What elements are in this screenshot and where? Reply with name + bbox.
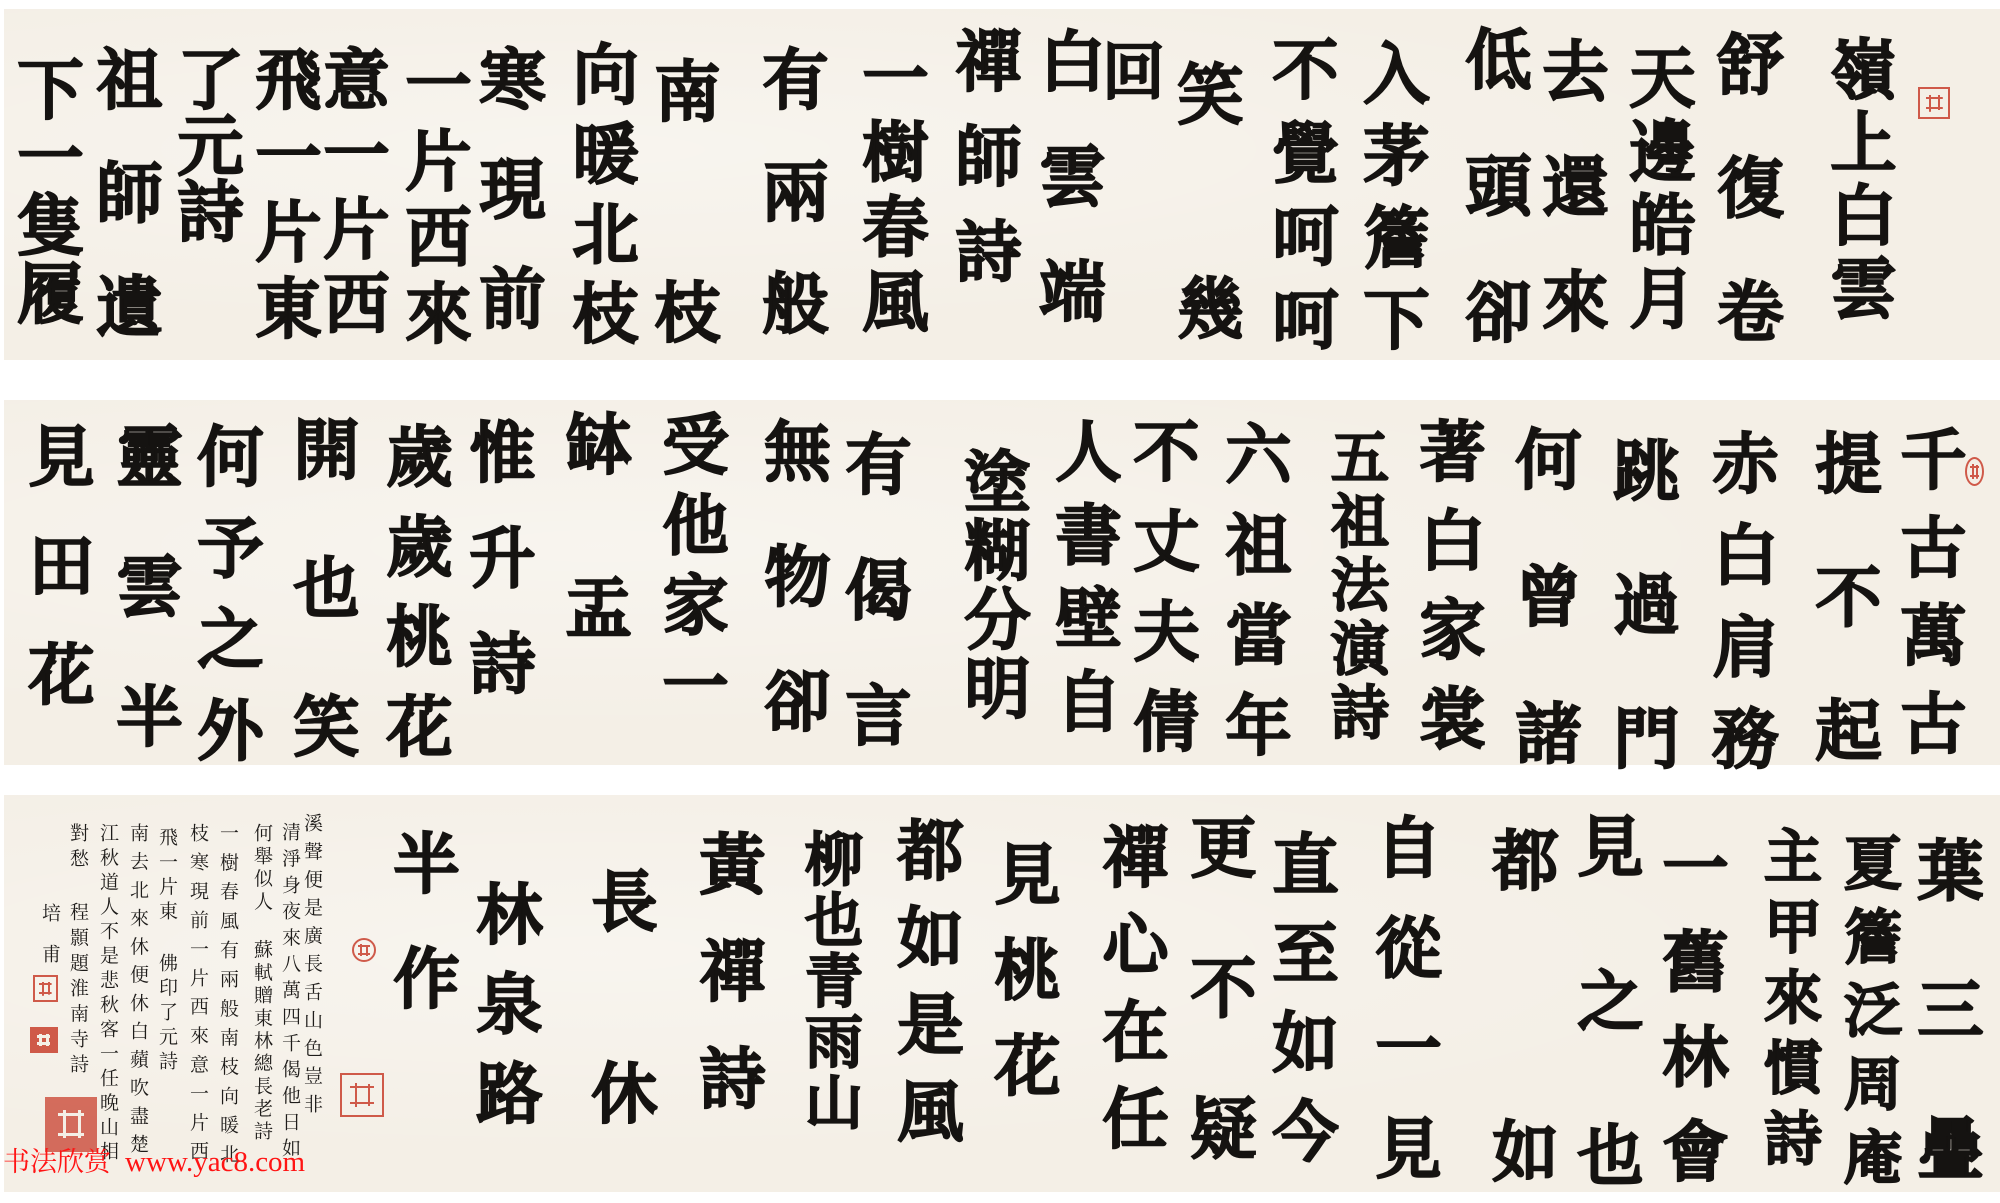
calligraphy-column: 惟升詩 (452, 418, 542, 695)
watermark: 书法欣赏www.yac8.com (3, 1140, 305, 1176)
calligraphy-column: 何曾諸 (1498, 425, 1588, 765)
colophon-column: 清淨身夜來八萬四千偈他日如 (277, 822, 303, 1157)
calligraphy-column: 缽盂 (548, 410, 638, 640)
calligraphy-column: 禪師詩 (938, 27, 1028, 283)
calligraphy-column: 靈雲半 (99, 422, 189, 748)
calligraphy-column: 直至如今 (1255, 830, 1345, 1163)
seal-stamp-signature-1 (33, 975, 58, 1002)
calligraphy-column: 嶺上白雲 (1813, 35, 1903, 320)
calligraphy-column: 黃禪詩 (682, 830, 772, 1110)
calligraphy-column: 天邊皓月 (1612, 43, 1702, 330)
calligraphy-column: 見田花 (11, 422, 101, 706)
calligraphy-column: 主甲來慣詩 (1743, 826, 1833, 1166)
calligraphy-column: 都如是風 (880, 816, 970, 1143)
calligraphy-column: 入茅簷下 (1346, 39, 1436, 351)
calligraphy-column: 見桃花 (977, 840, 1067, 1097)
calligraphy-column: 五祖法演詩 (1310, 427, 1400, 740)
calligraphy-column: 更不疑 (1173, 813, 1263, 1160)
seal-stamp-upper-right (1918, 87, 1950, 119)
scroll-panel-lower: 葉三疊 夏簷泛周庵 主甲來慣詩 一舊林會 見之也 都如 自從一見 直至如今 更不… (0, 795, 2000, 1192)
watermark-site-name: 书法欣赏 (3, 1147, 111, 1178)
colophon-column: 何舉似人 蘇軾贈東林總長老詩 (249, 823, 275, 1140)
calligraphy-column: 禪心在任 (1085, 823, 1175, 1150)
calligraphy-column: 有兩般 (745, 45, 835, 335)
calligraphy-column: 何予之外 (180, 422, 270, 762)
calligraphy-column: 去還來 (1525, 37, 1615, 333)
seal-stamp-signature-2 (30, 1027, 58, 1053)
colophon-column: 南去北來休便休白蘋吹盡楚 (125, 823, 151, 1153)
calligraphy-column: 低頭卻 (1448, 25, 1538, 344)
seal-stamp-round (352, 938, 376, 962)
calligraphy-column: 有偈言 (828, 430, 918, 747)
calligraphy-column: 赤白肩務 (1695, 429, 1785, 770)
colophon-column: 江秋道人不是悲秋客一任晚山相 (95, 823, 121, 1160)
seal-stamp-square (340, 1073, 384, 1117)
calligraphy-column: 歲歲桃花 (369, 422, 459, 758)
calligraphy-column: 一片西來 (388, 50, 478, 345)
calligraphy-column: 著白家裳 (1402, 417, 1492, 750)
calligraphy-column: 向暖北枝 (555, 40, 645, 345)
colophon-column: 枝寒現前一片西來意一片西 (185, 823, 211, 1160)
calligraphy-column: 跳過門 (1596, 436, 1686, 770)
calligraphy-column: 受他家一 (645, 410, 735, 717)
calligraphy-column: 半作 (376, 829, 466, 1010)
calligraphy-column: 下一隻履 (0, 55, 90, 325)
scroll-panel-upper: 嶺上白雲 舒復卷 天邊皓月 去還來 低頭卻 入茅簷下 不覺呵呵 笑幾 回 白雲端… (0, 9, 2000, 360)
watermark-url: www.yac8.com (125, 1146, 305, 1178)
calligraphy-column: 見之也 (1560, 812, 1650, 1187)
colophon-column: 一樹春風有兩般南枝向暖北 (215, 823, 241, 1163)
calligraphy-column: 了元詩 (160, 45, 250, 225)
calligraphy-column: 開也笑 (276, 415, 366, 758)
calligraphy-column: 都如 (1475, 826, 1565, 1183)
calligraphy-column: 夏簷泛周庵 (1823, 833, 1913, 1185)
calligraphy-column: 祖師遺 (79, 45, 169, 338)
calligraphy-column: 白雲端 (1022, 27, 1112, 323)
calligraphy-column: 千古萬古 (1883, 425, 1973, 755)
calligraphy-column: 人書壁自 (1038, 417, 1128, 733)
calligraphy-column: 不覺呵呵 (1255, 35, 1345, 351)
seal-stamp-middle-right (1965, 457, 1984, 486)
calligraphy-column: 自從一見 (1358, 813, 1448, 1180)
calligraphy-column: 南枝 (637, 57, 727, 344)
calligraphy-column: 柳也青雨山 (784, 829, 874, 1130)
scroll-panel-middle: 千古萬古 提不起 赤白肩務 跳過門 何曾諸 著白家裳 五祖法演詩 六祖當年 不丈… (0, 400, 2000, 765)
calligraphy-column: 無物卻 (747, 417, 837, 733)
colophon-column: 飛一片東 佛印了元詩 (154, 827, 180, 1070)
artist-signature: 培甫 (37, 903, 63, 963)
calligraphy-column: 長休 (574, 867, 664, 1125)
calligraphy-column: 塗糊分明 (947, 447, 1037, 720)
calligraphy-column: 一舊林會 (1645, 833, 1735, 1183)
calligraphy-column: 一樹春風 (845, 43, 935, 333)
colophon-column: 對愁 程顥題淮南寺詩 (65, 823, 91, 1073)
calligraphy-column: 提不起 (1798, 429, 1888, 762)
calligraphy-column: 林泉路 (459, 880, 549, 1125)
calligraphy-column: 不丈夫倩 (1116, 417, 1206, 753)
calligraphy-column: 舒復卷 (1700, 30, 1790, 343)
calligraphy-column: 笑幾 (1160, 60, 1250, 340)
calligraphy-column: 葉三疊 (1900, 836, 1990, 1180)
calligraphy-column: 六祖當年 (1208, 420, 1298, 757)
calligraphy-column: 飛一片東 (238, 45, 328, 340)
